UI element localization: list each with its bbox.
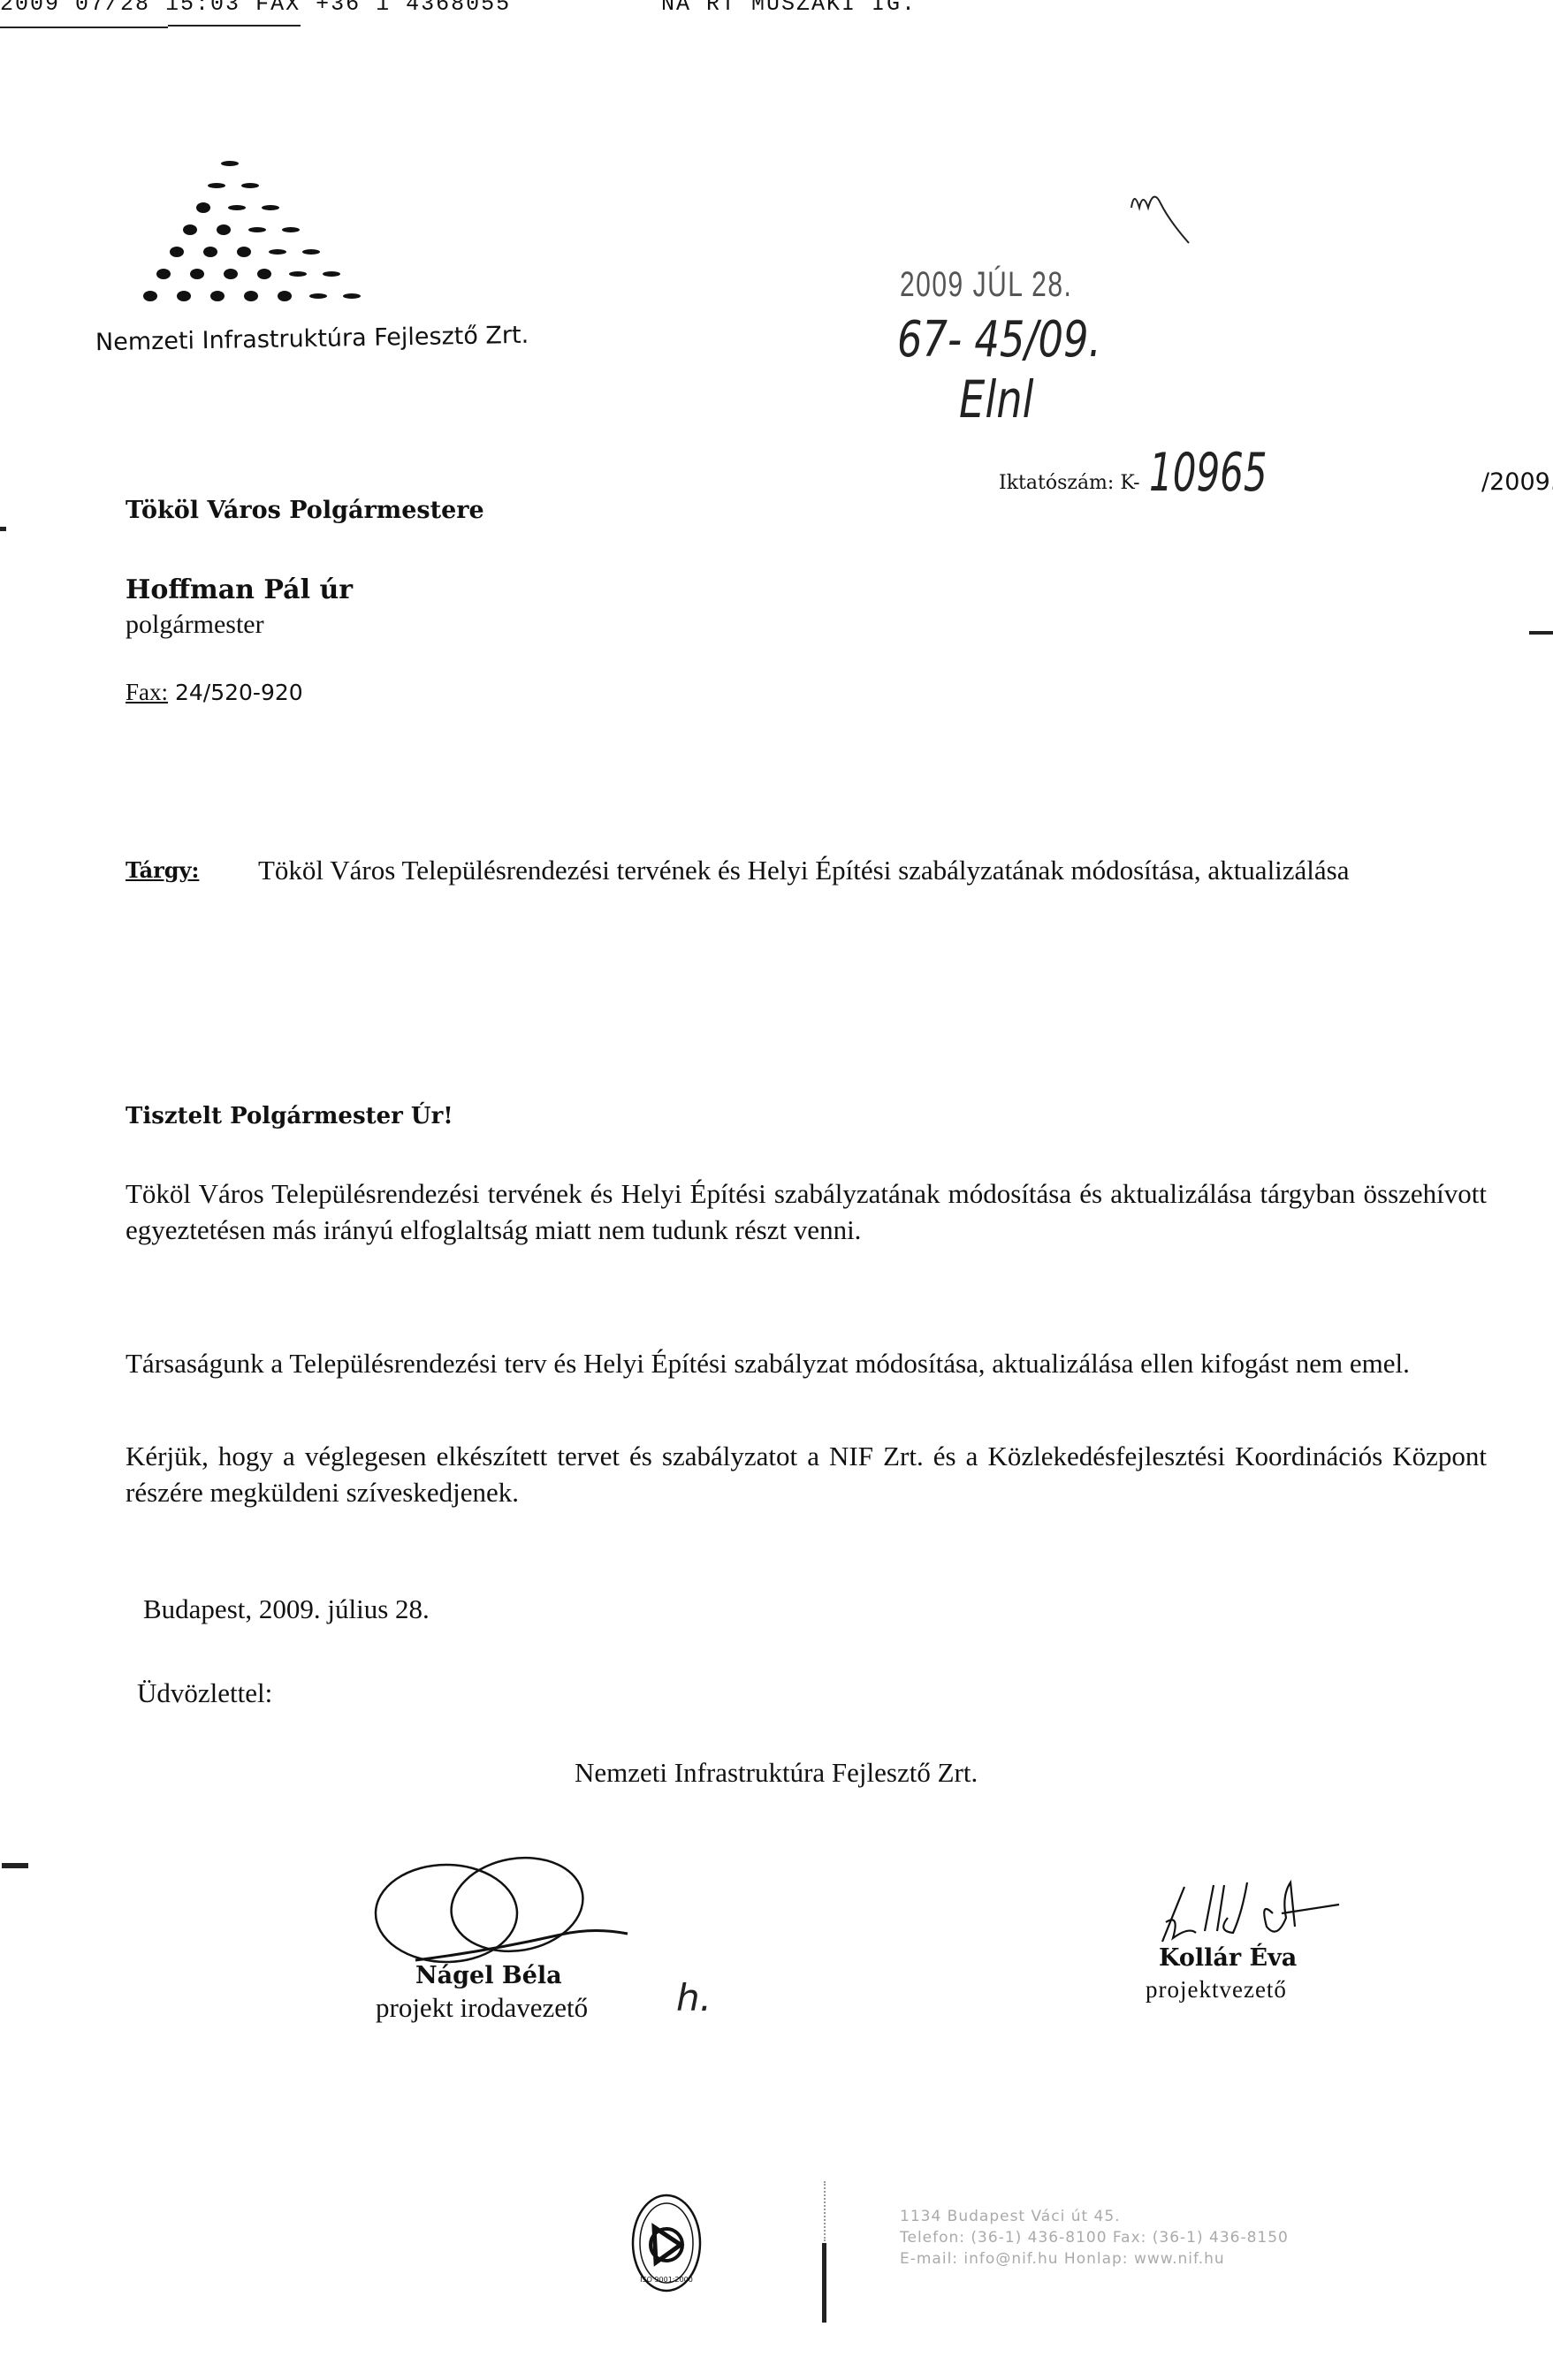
handwritten-initials-icon bbox=[1127, 181, 1207, 252]
received-date-stamp: 2009 JÚL 28. bbox=[900, 265, 1072, 305]
registration-label: Iktatószám: K- bbox=[999, 472, 1140, 494]
iso-certification-seal-icon: ISO 9001:2000 bbox=[629, 2190, 704, 2296]
signatory-title: projektvezető bbox=[1146, 1976, 1287, 2004]
handwritten-initial: h. bbox=[676, 1976, 712, 2019]
svg-text:ISO 9001:2000: ISO 9001:2000 bbox=[640, 2276, 693, 2284]
signature-loops-icon bbox=[362, 1856, 654, 1971]
body-paragraph: Tököl Város Településrendezési tervének … bbox=[126, 1175, 1487, 1248]
fax-header: 2009 07/28 15:03 FAX +36 1 4368055 bbox=[0, 0, 511, 17]
body-paragraph: Társaságunk a Településrendezési terv és… bbox=[126, 1345, 1487, 1381]
recipient-organization: Tököl Város Polgármestere bbox=[126, 497, 484, 524]
fax-label: Fax: bbox=[126, 679, 168, 705]
footer-address-line: E-mail: info@nif.hu Honlap: www.nif.hu bbox=[900, 2248, 1289, 2270]
signatory-title: projekt irodavezető bbox=[376, 1992, 588, 2024]
subject-label: Tárgy: bbox=[126, 852, 258, 888]
fax-number: +36 1 4368055 bbox=[316, 0, 511, 17]
handwritten-reference: 67- 45/09. bbox=[897, 311, 1101, 369]
fax-label: FAX bbox=[255, 0, 301, 17]
footer-divider-dotted bbox=[824, 2181, 827, 2241]
signatory-name: Kollár Éva bbox=[1159, 1944, 1297, 1972]
scan-mark bbox=[2, 1863, 28, 1868]
handwritten-note: Elnl bbox=[959, 369, 1034, 430]
recipient-name: Hoffman Pál úr bbox=[126, 574, 353, 605]
letterhead-company-name: Nemzeti Infrastruktúra Fejlesztő Zrt. bbox=[95, 322, 529, 357]
body-paragraph: Kérjük, hogy a véglegesen elkészített te… bbox=[126, 1438, 1487, 1510]
footer-address-line: 1134 Budapest Váci út 45. bbox=[900, 2206, 1289, 2227]
place-date: Budapest, 2009. július 28. bbox=[143, 1591, 430, 1627]
footer-address: 1134 Budapest Váci út 45. Telefon: (36-1… bbox=[900, 2206, 1289, 2270]
fax-header-underline-2 bbox=[168, 25, 301, 27]
footer-divider bbox=[822, 2243, 826, 2323]
subject-line: Tárgy:Tököl Város Településrendezési ter… bbox=[126, 852, 1487, 888]
scan-mark bbox=[1529, 631, 1553, 635]
fax-number: 24/520-920 bbox=[175, 680, 303, 705]
signer-organization: Nemzeti Infrastruktúra Fejlesztő Zrt. bbox=[575, 1754, 978, 1791]
recipient-title: polgármester bbox=[126, 610, 264, 640]
scan-mark bbox=[0, 527, 6, 531]
fax-sender: NA RT MŰSZAKI IG. bbox=[661, 0, 917, 17]
footer-address-line: Telefon: (36-1) 436-8100 Fax: (36-1) 436… bbox=[900, 2227, 1289, 2248]
recipient-fax: Fax: 24/520-920 bbox=[126, 679, 303, 706]
triangle-dot-pattern-logo-icon bbox=[124, 150, 389, 318]
signature-kollar-icon bbox=[1153, 1878, 1348, 1949]
registration-year: /2009. bbox=[1481, 468, 1553, 496]
fax-timestamp: 2009 07/28 15:03 bbox=[0, 0, 240, 17]
closing: Üdvözlettel: bbox=[137, 1675, 272, 1711]
signatory-name: Nágel Béla bbox=[415, 1962, 562, 1989]
registration-number: 10965 bbox=[1149, 442, 1268, 504]
salutation: Tisztelt Polgármester Úr! bbox=[126, 1103, 453, 1129]
subject-text: Tököl Város Településrendezési tervének … bbox=[258, 852, 1478, 888]
fax-header-underline bbox=[0, 27, 168, 28]
